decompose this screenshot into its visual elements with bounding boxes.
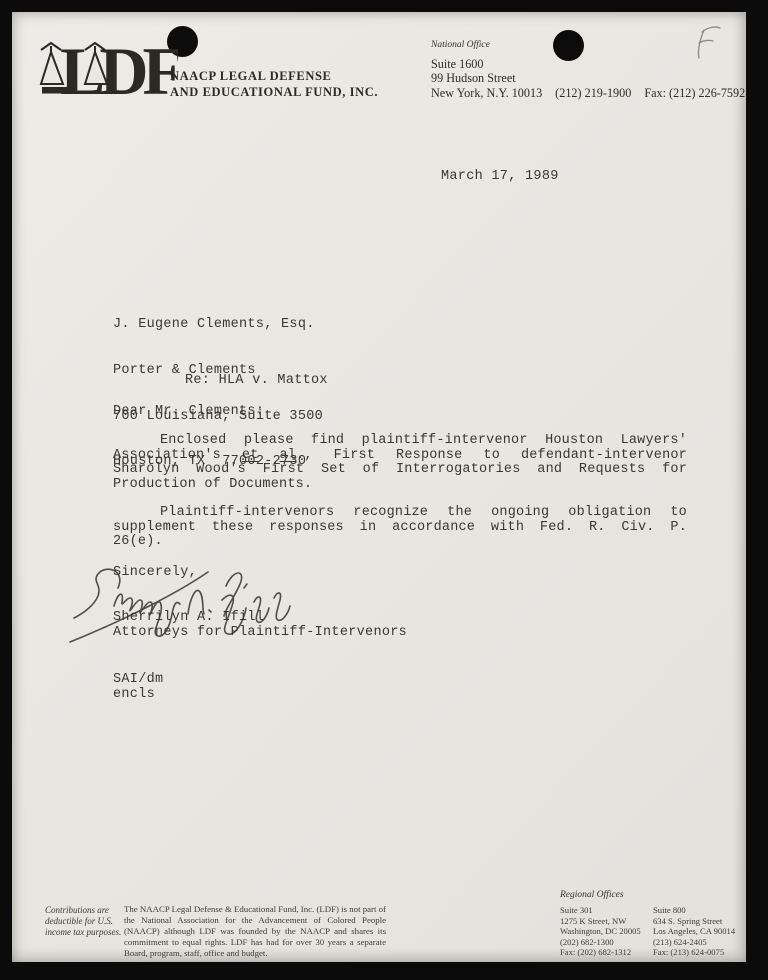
letter-date: March 17, 1989 bbox=[441, 169, 559, 184]
body-line: Association's et al., First Response to … bbox=[113, 449, 687, 464]
office-line: 634 S. Spring Street bbox=[653, 916, 735, 927]
body-text: Association's bbox=[113, 448, 221, 463]
underlined-text: et bbox=[242, 448, 259, 463]
recipient-line: J. Eugene Clements, Esq. bbox=[113, 317, 323, 332]
office-line: (213) 624-2405 bbox=[653, 937, 735, 948]
ldf-logo: LDF bbox=[38, 40, 178, 102]
body-line: 26(e). bbox=[113, 535, 687, 550]
national-office-contact: New York, N.Y. 10013 (212) 219-1900 Fax:… bbox=[431, 86, 745, 101]
paragraph-1: Enclosed please find plaintiff-interveno… bbox=[113, 434, 687, 493]
tax-note-line: income tax purposes. bbox=[45, 927, 121, 938]
office-line: Suite 301 bbox=[560, 905, 641, 916]
body-line: supplement these responses in accordance… bbox=[113, 521, 687, 536]
underlined-text: al bbox=[279, 448, 296, 463]
body-text: ., First Response to defendant-interveno… bbox=[296, 448, 687, 463]
tax-note-line: Contributions are bbox=[45, 905, 121, 916]
national-office-city: New York, N.Y. 10013 bbox=[431, 86, 542, 101]
tax-deduction-note: Contributions are deductible for U.S. in… bbox=[45, 905, 121, 938]
body-line: Production of Documents. bbox=[113, 478, 687, 493]
body-line: Sharolyn Wood's First Set of Interrogato… bbox=[113, 463, 687, 478]
ldf-naacp-disclaimer: The NAACP Legal Defense & Educational Fu… bbox=[124, 904, 386, 959]
office-line: Suite 800 bbox=[653, 905, 735, 916]
national-office-phone: (212) 219-1900 bbox=[555, 86, 631, 101]
logo-base-bar bbox=[42, 87, 72, 94]
salutation: Dear Mr. Clements: bbox=[113, 404, 264, 419]
enclosure-note: encls bbox=[113, 687, 155, 702]
body-line: Plaintiff-intervenors recognize the ongo… bbox=[113, 506, 687, 521]
washington-office: Suite 301 1275 K Street, NW Washington, … bbox=[560, 905, 641, 958]
office-line: Fax: (213) 624-0075 bbox=[653, 947, 735, 958]
tax-note-line: deductible for U.S. bbox=[45, 916, 121, 927]
typist-initials: SAI/dm bbox=[113, 672, 163, 687]
body-line: Enclosed please find plaintiff-interveno… bbox=[113, 434, 687, 449]
letter-page: LDF NAACP LEGAL DEFENSE AND EDUCATIONAL … bbox=[12, 12, 746, 962]
office-line: (202) 682-1300 bbox=[560, 937, 641, 948]
office-line: Washington, DC 20005 bbox=[560, 926, 641, 937]
national-office-street: 99 Hudson Street bbox=[431, 71, 745, 86]
office-line: Los Angeles, CA 90014 bbox=[653, 926, 735, 937]
re-line: Re: HLA v. Mattox bbox=[185, 373, 328, 388]
org-name-line2: AND EDUCATIONAL FUND, INC. bbox=[170, 84, 378, 100]
los-angeles-office: Suite 800 634 S. Spring Street Los Angel… bbox=[653, 905, 735, 958]
org-name: NAACP LEGAL DEFENSE AND EDUCATIONAL FUND… bbox=[170, 68, 378, 100]
signer-title: Attorneys for Plaintiff-Intervenors bbox=[113, 625, 407, 640]
ldf-logo-text: LDF bbox=[60, 40, 178, 102]
office-line: Fax: (202) 682-1312 bbox=[560, 947, 641, 958]
national-office-fax: Fax: (212) 226-7592 bbox=[644, 86, 745, 101]
office-line: 1275 K Street, NW bbox=[560, 916, 641, 927]
signer-name: Sherrilyn A. Ifill bbox=[113, 610, 264, 625]
org-name-line1: NAACP LEGAL DEFENSE bbox=[170, 68, 378, 84]
paragraph-2: Plaintiff-intervenors recognize the ongo… bbox=[113, 506, 687, 550]
handwritten-mark-f bbox=[686, 18, 726, 66]
regional-offices-label: Regional Offices bbox=[560, 890, 624, 900]
scan-background: { "colors": { "scan_background": "#0b0b0… bbox=[0, 0, 768, 980]
